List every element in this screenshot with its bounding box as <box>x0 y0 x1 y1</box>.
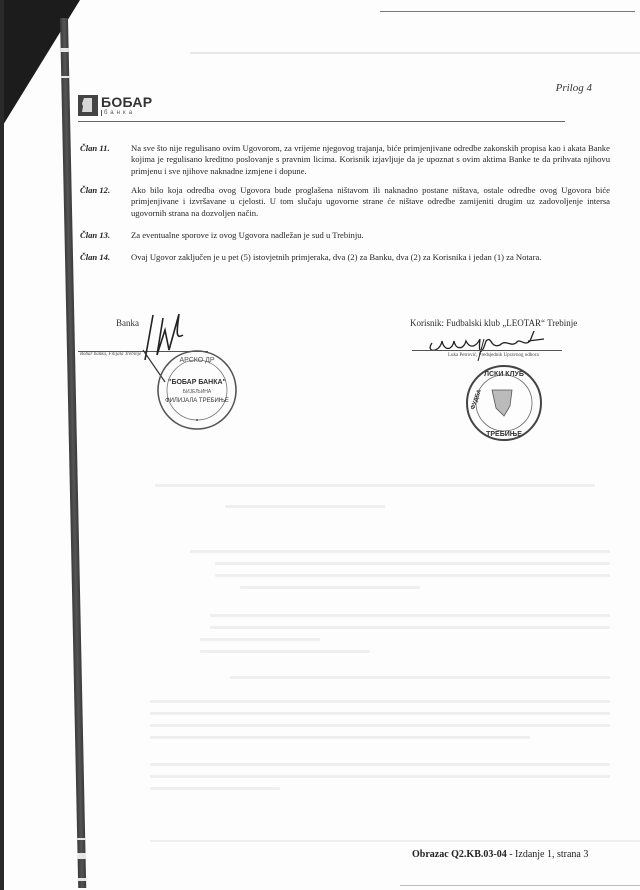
form-code: Obrazac Q2.KB.03-04 <box>412 849 507 860</box>
article-label: Član 11. <box>80 143 131 177</box>
article-text: Ovaj Ugovor zaključen je u pet (5) istov… <box>131 252 610 263</box>
form-footer: Obrazac Q2.KB.03-04 - Izdanje 1, strana … <box>412 849 588 860</box>
bank-logo: БОБАР банка <box>78 95 152 116</box>
svg-text:ЛСКИ КЛУБ: ЛСКИ КЛУБ <box>484 371 524 378</box>
client-stamp-icon: ЛСКИ КЛУБ ФУДБА ТРЕБИЊЕ <box>460 362 548 444</box>
svg-text:АРСКО ДР: АРСКО ДР <box>179 357 214 364</box>
svg-text:ТРЕБИЊЕ: ТРЕБИЊЕ <box>486 431 522 438</box>
article-14: Član 14. Ovaj Ugovor zaključen je u pet … <box>80 252 610 263</box>
article-label: Član 13. <box>80 230 131 241</box>
bank-logo-name: БОБАР <box>101 95 152 109</box>
client-signatory: Luka Petrović, Predsjednik Upravnog odbo… <box>448 353 539 358</box>
bleed-through-line <box>190 52 640 54</box>
header-rule <box>78 121 565 122</box>
article-12: Član 12. Ako bilo koja odredba ovog Ugov… <box>80 185 610 219</box>
svg-text:"БОБАР БАНКА": "БОБАР БАНКА" <box>168 379 226 386</box>
article-11: Član 11. Na sve što nije regulisano ovim… <box>80 143 610 177</box>
article-label: Član 14. <box>80 252 131 263</box>
annex-label: Prilog 4 <box>556 82 592 94</box>
svg-text:ФИЛИЈАЛА ТРЕБИЊЕ: ФИЛИЈАЛА ТРЕБИЊЕ <box>165 398 229 404</box>
client-signature-line <box>412 350 562 351</box>
article-label: Član 12. <box>80 185 131 219</box>
bobar-logo-mark-icon <box>78 95 98 116</box>
article-text: Na sve što nije regulisano ovim Ugovorom… <box>131 143 610 177</box>
footer-rule <box>400 885 640 886</box>
form-edition: - Izdanje 1, strana 3 <box>507 849 589 860</box>
top-rule <box>380 11 635 12</box>
bank-signatory: Bobar banka, Filijala Trebinje <box>80 352 141 357</box>
svg-text:ФУДБА: ФУДБА <box>470 388 483 410</box>
bank-stamp-icon: АРСКО ДР "БОБАР БАНКА" БИЈЕЉИНА ФИЛИЈАЛА… <box>150 348 245 433</box>
svg-text:БИЈЕЉИНА: БИЈЕЉИНА <box>183 389 212 395</box>
scanned-page: Prilog 4 БОБАР банка Član 11. Na sve što… <box>0 0 640 890</box>
article-text: Za eventualne sporove iz ovog Ugovora na… <box>131 230 610 241</box>
scan-edge <box>0 0 4 890</box>
bank-logo-subtitle: банка <box>101 110 152 116</box>
article-text: Ako bilo koja odredba ovog Ugovora bude … <box>131 185 610 219</box>
article-13: Član 13. Za eventualne sporove iz ovog U… <box>80 230 610 241</box>
